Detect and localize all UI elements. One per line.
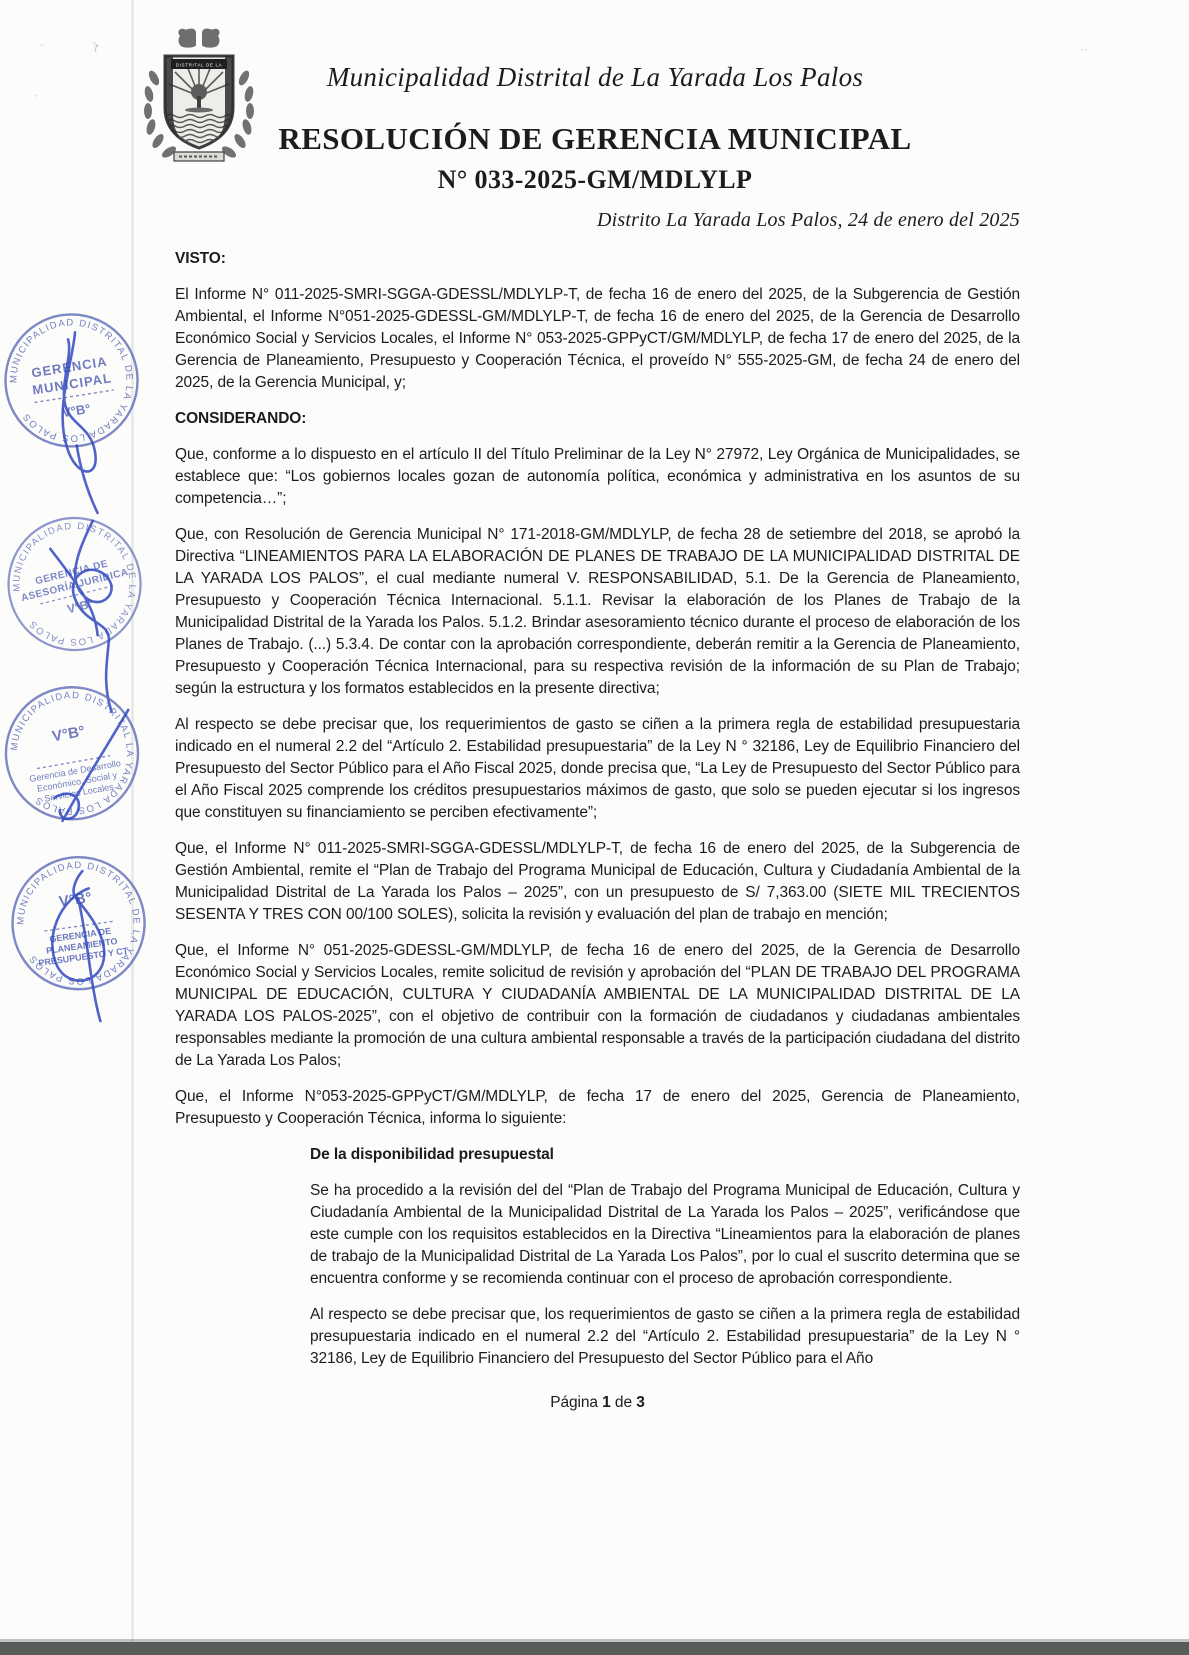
stamp-office-line: GERENCIA DE [49,926,112,945]
scan-bottom-shadow [0,1642,1189,1655]
page-footer: Página 1 de 3 [175,1392,1020,1414]
sub-heading: De la disponibilidad presupuestal [310,1144,1020,1166]
stamp-vobo: V°B° [51,723,86,745]
stamp-ring-text: MUNICIPALIDAD DISTRITAL DE LA YARADA LOS… [0,308,144,452]
considerando-paragraph: Que, el Informe N° 011-2025-SMRI-SGGA-GD… [175,838,1020,926]
stamp-ring-text: MUNICIPALIDAD DISTRITAL DE LA YARADA LOS… [8,852,150,994]
sub-paragraph: Se ha procedido a la revisión del del “P… [310,1180,1020,1290]
scan-edge-artifact [131,0,134,1642]
stamp-office-line: MUNICIPAL [31,370,113,397]
stamp-ring-text: MUNICIPALIDAD DISTRITAL LA YARADA LOS PA… [0,680,145,826]
budget-availability-block: De la disponibilidad presupuestal Se ha … [310,1144,1020,1370]
resolution-number: N° 033-2025-GM/MDLYLP [170,165,1020,195]
considerando-paragraph: Que, el Informe N°053-2025-GPPyCT/GM/MDL… [175,1086,1020,1130]
page-footer-prefix: Página [550,1394,598,1411]
signature [42,870,114,1027]
considerando-paragraph: Que, conforme a lo dispuesto en el artíc… [175,444,1020,510]
document-body: Distrito La Yarada Los Palos, 24 de ener… [175,208,1020,1414]
considerando-paragraph: Al respecto se debe precisar que, los re… [175,714,1020,824]
signature [48,332,104,516]
svg-text:MUNICIPALIDAD DISTRITAL DE LA: MUNICIPALIDAD DISTRITAL DE LA YARADA LOS… [8,852,150,994]
document-header: Municipalidad Distrital de La Yarada Los… [170,62,1020,195]
svg-text:MUNICIPALIDAD DISTRITAL LA YAR: MUNICIPALIDAD DISTRITAL LA YARADA LOS PA… [0,680,145,826]
stamp-asesoria-juridica: MUNICIPALIDAD DISTRITAL DE LA YARADA LOS… [0,481,195,755]
visto-paragraph: El Informe N° 011-2025-SMRI-SGGA-GDESSL/… [175,284,1020,394]
considerando-paragraph: Que, el Informe N° 051-2025-GDESSL-GM/MD… [175,940,1020,1072]
stamp-office-line: Económico, Social y [36,770,118,794]
lion-crest-icon [178,29,219,48]
svg-text:MUNICIPALIDAD DISTRITAL DE LA: MUNICIPALIDAD DISTRITAL DE LA YARADA LOS… [0,308,144,452]
scan-smudge: ·· [1080,42,1088,56]
scanned-document-page: ’t ´ · ·· [0,0,1189,1655]
visto-label: VISTO: [175,248,1020,270]
stamp-office-line: PLANEAMIENTO [45,936,118,956]
stamp-desarrollo-economico: MUNICIPALIDAD DISTRITAL LA YARADA LOS PA… [0,655,177,886]
signature [46,520,141,717]
stamp-vobo: V°B° [66,596,95,616]
stamp-office-line: PRESUPUESTO Y CT [38,946,130,969]
stamp-ring-text: MUNICIPALIDAD DISTRITAL DE LA YARADA LOS… [0,508,151,661]
stamp-vobo: V°B° [61,401,91,420]
scan-smudge: ´ [40,42,44,56]
page-number-total: 3 [636,1394,645,1411]
stamp-office-line: GERENCIA [30,354,108,381]
considerando-paragraph: Que, con Resolución de Gerencia Municipa… [175,524,1020,700]
stamp-office-line: Servicios Locales [44,782,115,804]
resolution-title: RESOLUCIÓN DE GERENCIA MUNICIPAL [170,121,1020,157]
stamp-office-line: ASESORÍA JURÍDICA [20,565,130,604]
organization-name: Municipalidad Distrital de La Yarada Los… [170,62,1020,93]
considerando-label: CONSIDERANDO: [175,408,1020,430]
svg-text:MUNICIPALIDAD DISTRITAL DE LA: MUNICIPALIDAD DISTRITAL DE LA YARADA LOS… [0,508,151,661]
stamp-gerencia-municipal: MUNICIPALIDAD DISTRITAL DE LA YARADA LOS… [0,283,180,547]
stamp-office-line: GERENCIA DE [34,559,109,588]
sub-paragraph: Al respecto se debe precisar que, los re… [310,1304,1020,1370]
page-footer-of: de [615,1394,632,1411]
stamp-vobo: V°B° [58,889,93,910]
scan-smudge: ’t [90,39,100,54]
scan-smudge: · [34,88,38,102]
signature [42,710,146,822]
stamp-office-line: Gerencia de Desarrollo [29,758,122,784]
page-number-current: 1 [602,1394,611,1411]
stamp-planeamiento-presupuesto: MUNICIPALIDAD DISTRITAL DE LA YARADA LOS… [0,827,179,1054]
dateline: Distrito La Yarada Los Palos, 24 de ener… [175,208,1020,232]
